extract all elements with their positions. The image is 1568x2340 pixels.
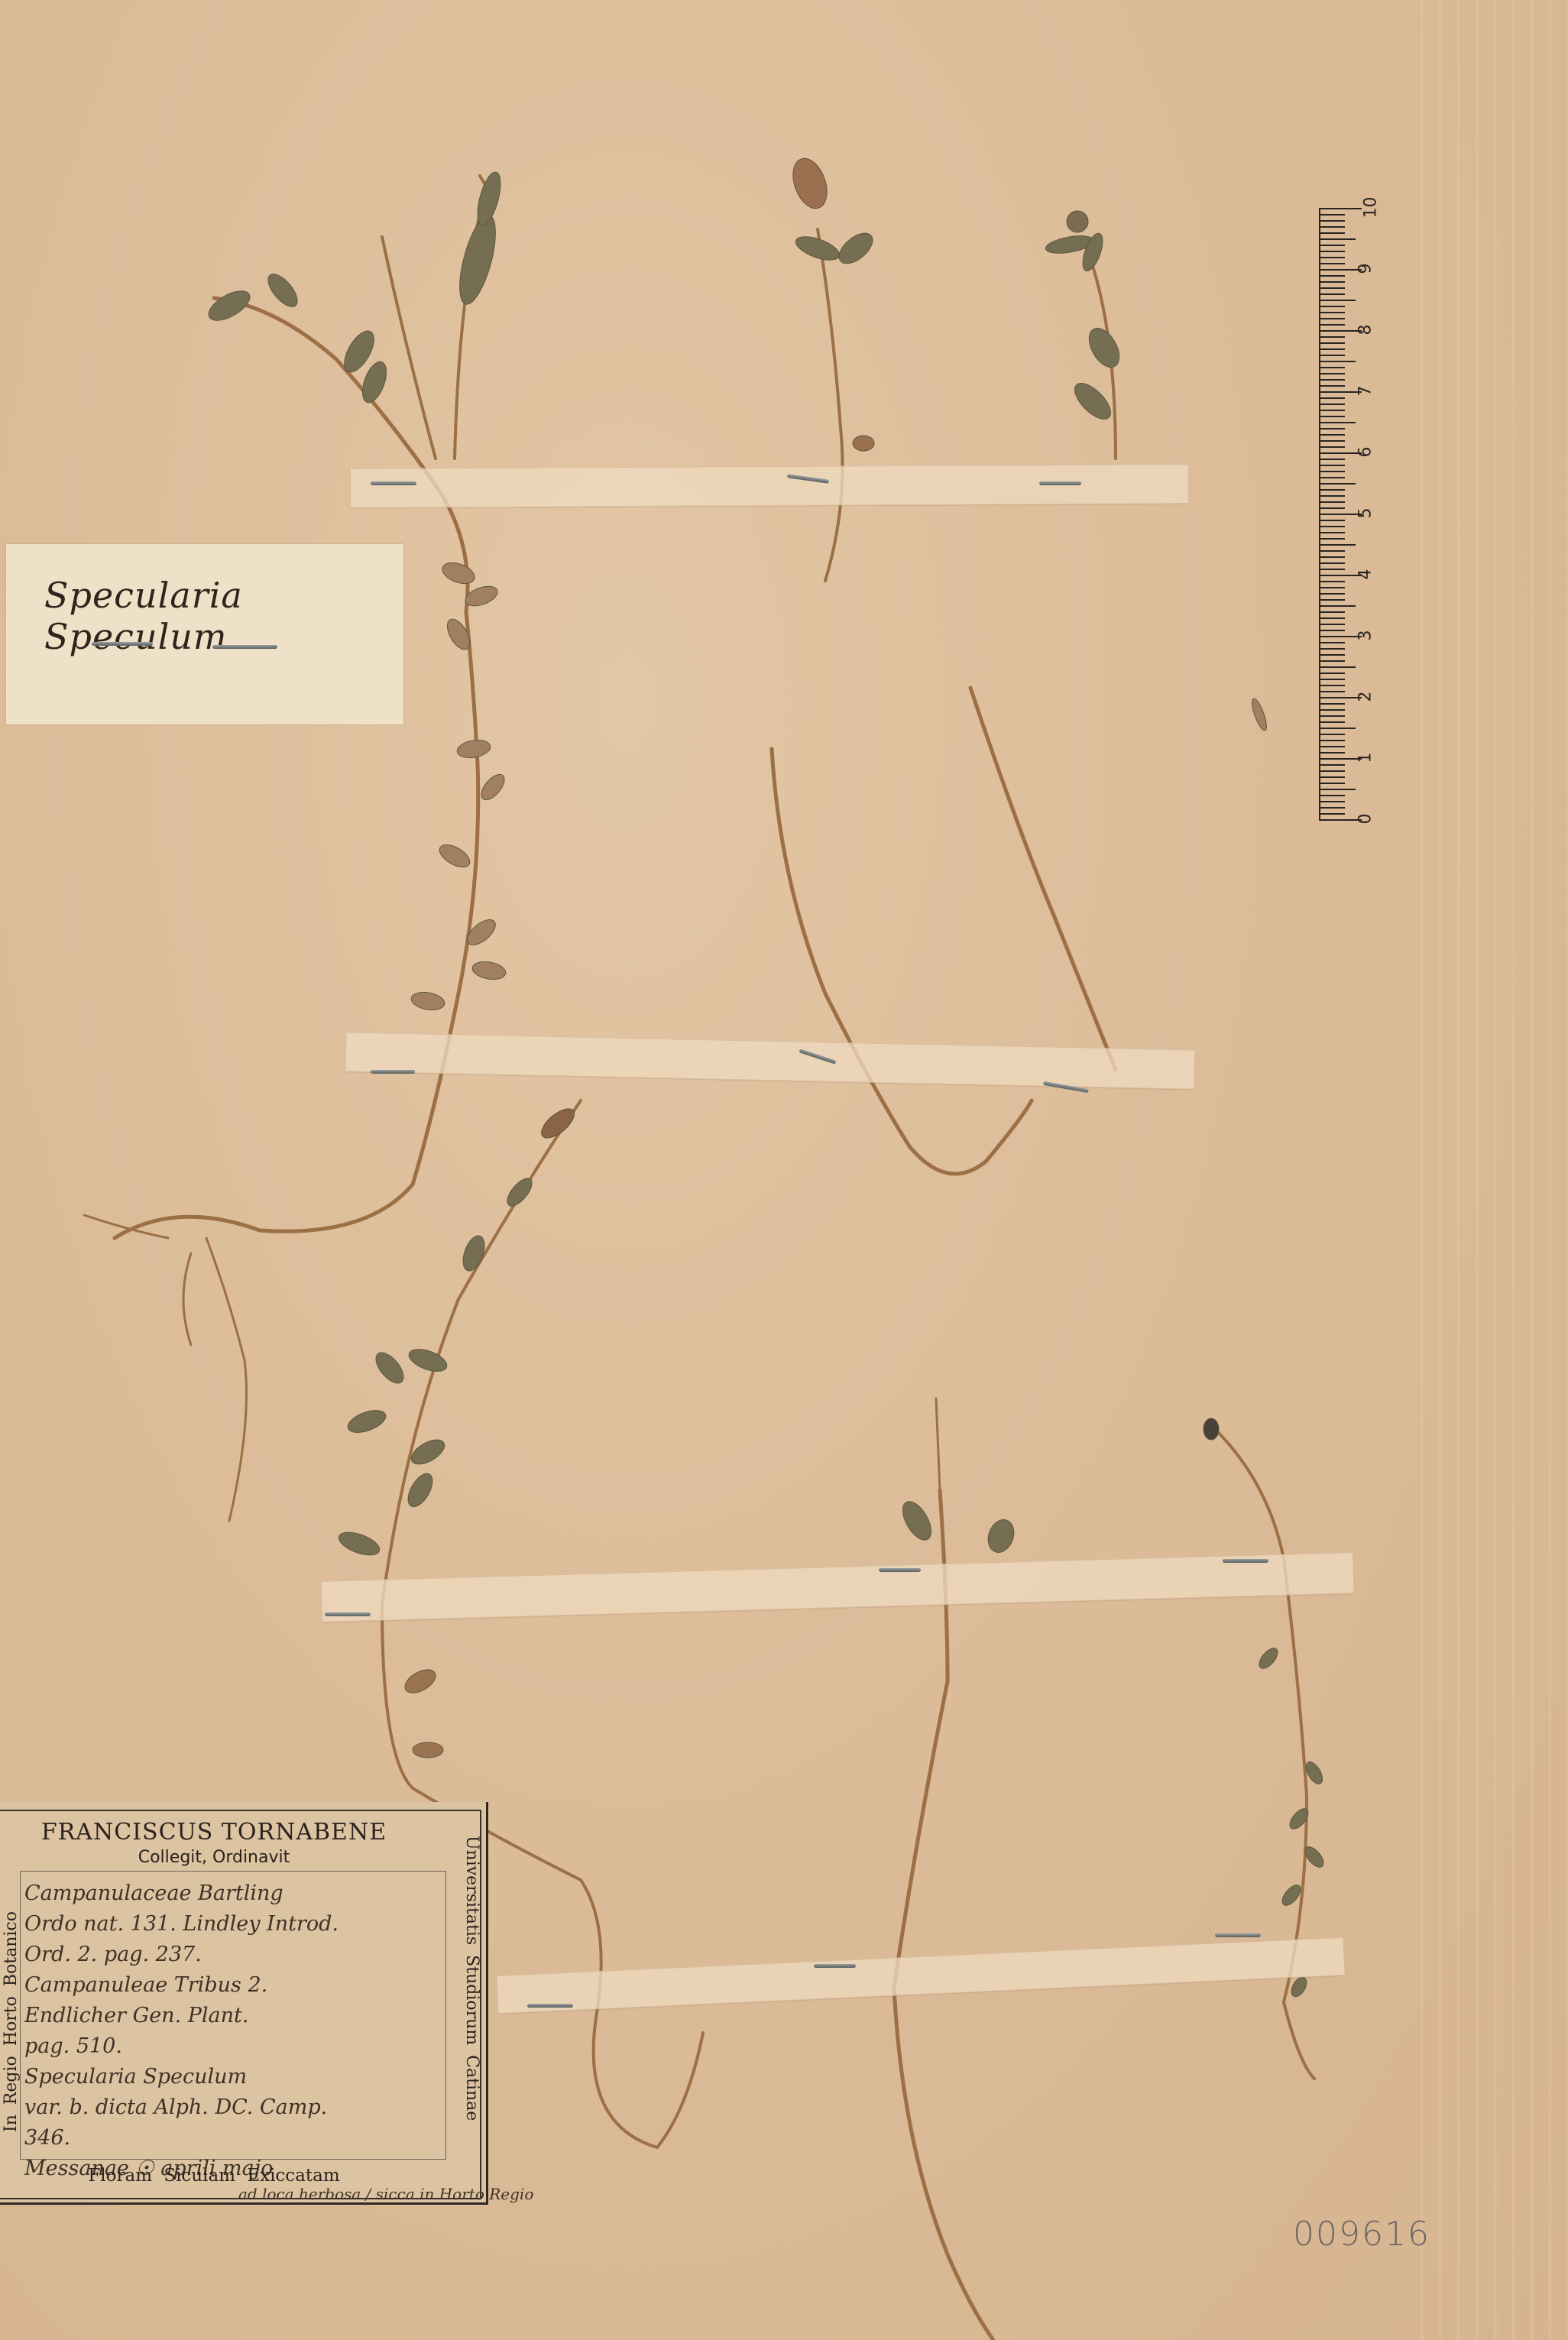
ruler-tick — [1319, 226, 1345, 228]
ruler-tick — [1319, 495, 1345, 497]
collector-name: FRANCISCUS TORNABENE — [0, 1819, 428, 1846]
ruler-tick — [1319, 776, 1345, 778]
ruler-tick — [1319, 422, 1356, 423]
ruler-tick — [1319, 459, 1345, 460]
pin-icon — [814, 1964, 856, 1968]
ruler-tick — [1319, 599, 1345, 601]
ruler-tick — [1319, 404, 1345, 405]
ruler-tick — [1319, 281, 1345, 283]
handwritten-line: Campanulaceae Bartling — [24, 1878, 452, 1909]
institution-vertical-left: In Regio Horto Botanico — [2, 1911, 21, 2132]
ruler-tick — [1319, 703, 1345, 705]
ruler-tick — [1319, 526, 1345, 527]
ruler-tick — [1319, 306, 1345, 307]
ruler-tick — [1319, 538, 1345, 540]
ruler-tick — [1319, 238, 1356, 240]
catalog-number: 009616 — [1293, 2215, 1430, 2254]
ruler-tick — [1319, 807, 1345, 809]
ruler-tick — [1319, 593, 1345, 595]
ruler-label: 1 — [1356, 753, 1375, 763]
ruler-tick — [1319, 685, 1345, 686]
ruler-tick — [1319, 746, 1345, 747]
ruler-label: 6 — [1356, 447, 1375, 458]
ruler-tick — [1319, 550, 1345, 552]
ruler-tick — [1319, 251, 1345, 252]
collector-label: FRANCISCUS TORNABENE Collegit, Ordinavit… — [0, 1802, 488, 2205]
pin-icon — [1215, 1933, 1261, 1937]
ruler-tick — [1319, 410, 1345, 411]
ruler-tick — [1319, 624, 1345, 625]
ruler-tick — [1319, 520, 1345, 521]
ruler-tick — [1319, 324, 1345, 326]
ruler-tick — [1319, 263, 1345, 264]
ruler-tick — [1319, 220, 1345, 222]
ruler-tick — [1319, 789, 1356, 790]
ruler-label: 8 — [1356, 325, 1375, 335]
ruler-label: 0 — [1356, 814, 1375, 825]
ruler-tick — [1319, 208, 1362, 209]
ruler-tick — [1319, 813, 1345, 815]
ruler-tick — [1319, 556, 1345, 558]
handwritten-line: 346. — [24, 2123, 452, 2154]
ruler-tick — [1319, 544, 1356, 546]
ruler-label: 2 — [1356, 692, 1375, 702]
ruler-tick — [1319, 287, 1345, 289]
determination-label: Specularia Speculum — [6, 544, 403, 724]
ruler-tick — [1319, 679, 1345, 680]
institution-vertical-right: Universitatis Studiorum Catinae — [462, 1836, 481, 2121]
handwritten-line: Ordo nat. 131. Lindley Introd. — [24, 1909, 452, 1940]
ruler-tick — [1319, 434, 1345, 436]
ruler-tick — [1319, 654, 1345, 656]
ruler-tick — [1319, 245, 1345, 246]
handwritten-line: Campanuleae Tribus 2. — [24, 1970, 452, 2001]
ruler-label: 7 — [1356, 386, 1375, 397]
ruler-tick — [1319, 740, 1345, 741]
ruler-tick — [1319, 795, 1345, 796]
ruler-tick — [1319, 630, 1345, 631]
ruler-tick — [1319, 477, 1345, 478]
mounting-tape-strip — [350, 464, 1189, 508]
ruler-tick — [1319, 342, 1345, 344]
ruler-tick — [1319, 501, 1345, 503]
ruler-tick — [1319, 569, 1345, 570]
ruler-tick — [1319, 293, 1345, 295]
ruler-tick — [1319, 446, 1345, 448]
pin-icon — [527, 2004, 573, 2008]
pin-icon — [92, 642, 153, 646]
ruler-tick — [1319, 471, 1345, 472]
ruler-tick — [1319, 440, 1345, 442]
ruler-label: 9 — [1356, 264, 1375, 274]
ruler-tick — [1319, 318, 1345, 319]
ruler-tick — [1319, 801, 1345, 802]
ruler-tick — [1319, 715, 1345, 717]
ruler-tick — [1319, 617, 1345, 619]
ruler-tick — [1319, 581, 1345, 582]
ruler-tick — [1319, 728, 1356, 729]
ruler-tick — [1319, 666, 1356, 668]
ruler-tick — [1319, 379, 1345, 381]
ruler-tick — [1319, 465, 1345, 466]
ruler-tick — [1319, 721, 1345, 723]
handwritten-line: Specularia Speculum — [24, 2062, 452, 2092]
ruler-tick — [1319, 587, 1345, 588]
handwritten-note: ad loca herbosa / sicca in Horto Regio — [24, 2184, 452, 2204]
ruler-tick — [1319, 489, 1345, 491]
ruler-tick — [1319, 660, 1345, 662]
handwritten-line: pag. 510. — [24, 2031, 452, 2062]
ruler-tick — [1319, 734, 1345, 735]
ruler-tick — [1319, 605, 1356, 607]
ruler-tick — [1319, 611, 1345, 613]
handwritten-annotation: Campanulaceae Bartling Ordo nat. 131. Li… — [24, 1878, 452, 2204]
pin-icon — [879, 1568, 921, 1572]
ruler-tick — [1319, 648, 1345, 650]
ruler-tick — [1319, 642, 1345, 643]
pin-icon — [371, 1070, 415, 1074]
handwritten-line: var. b. dicta Alph. DC. Camp. — [24, 2092, 452, 2123]
ruler-tick — [1319, 709, 1345, 711]
pin-icon — [325, 1612, 371, 1616]
ruler-tick — [1319, 275, 1345, 277]
ruler-tick — [1319, 385, 1345, 387]
collector-subtitle: Collegit, Ordinavit — [0, 1848, 428, 1867]
ruler-tick — [1319, 214, 1345, 216]
ruler-tick — [1319, 783, 1345, 784]
ruler-tick — [1319, 532, 1345, 533]
ruler-label: 4 — [1356, 569, 1375, 580]
pin-icon — [1223, 1559, 1268, 1563]
handwritten-line: Endlicher Gen. Plant. — [24, 2001, 452, 2031]
pin-icon — [371, 481, 416, 485]
ruler-tick — [1319, 367, 1345, 368]
ruler-tick — [1319, 483, 1356, 485]
handwritten-line: Ord. 2. pag. 237. — [24, 1940, 452, 1970]
ruler-tick — [1319, 373, 1345, 374]
ruler-tick — [1319, 348, 1345, 350]
ruler-label: 3 — [1356, 630, 1375, 641]
ruler-tick — [1319, 691, 1345, 692]
ruler-tick — [1319, 507, 1345, 509]
collection-title: Floram Siculam Exiccatam — [0, 2166, 428, 2186]
ruler-tick — [1319, 752, 1345, 754]
ruler-tick — [1319, 232, 1345, 234]
ruler-label: 10 — [1362, 197, 1381, 219]
ruler-tick — [1319, 257, 1345, 258]
pin-icon — [212, 645, 277, 649]
ruler-tick — [1319, 562, 1345, 564]
scale-ruler: 012345678910 — [1314, 208, 1383, 819]
ruler-tick — [1319, 397, 1345, 399]
ruler-tick — [1319, 336, 1345, 338]
pin-icon — [1039, 481, 1081, 485]
ruler-tick — [1319, 416, 1345, 417]
ruler-tick — [1319, 355, 1345, 356]
ruler-tick — [1319, 673, 1345, 674]
ruler-tick — [1319, 764, 1345, 766]
ruler-tick — [1319, 361, 1356, 362]
ruler-label: 5 — [1356, 508, 1375, 519]
ruler-spine — [1319, 208, 1320, 819]
ruler-tick — [1319, 770, 1345, 772]
ruler-tick — [1319, 312, 1345, 313]
ruler-tick — [1319, 300, 1356, 301]
ruler-tick — [1319, 428, 1345, 429]
